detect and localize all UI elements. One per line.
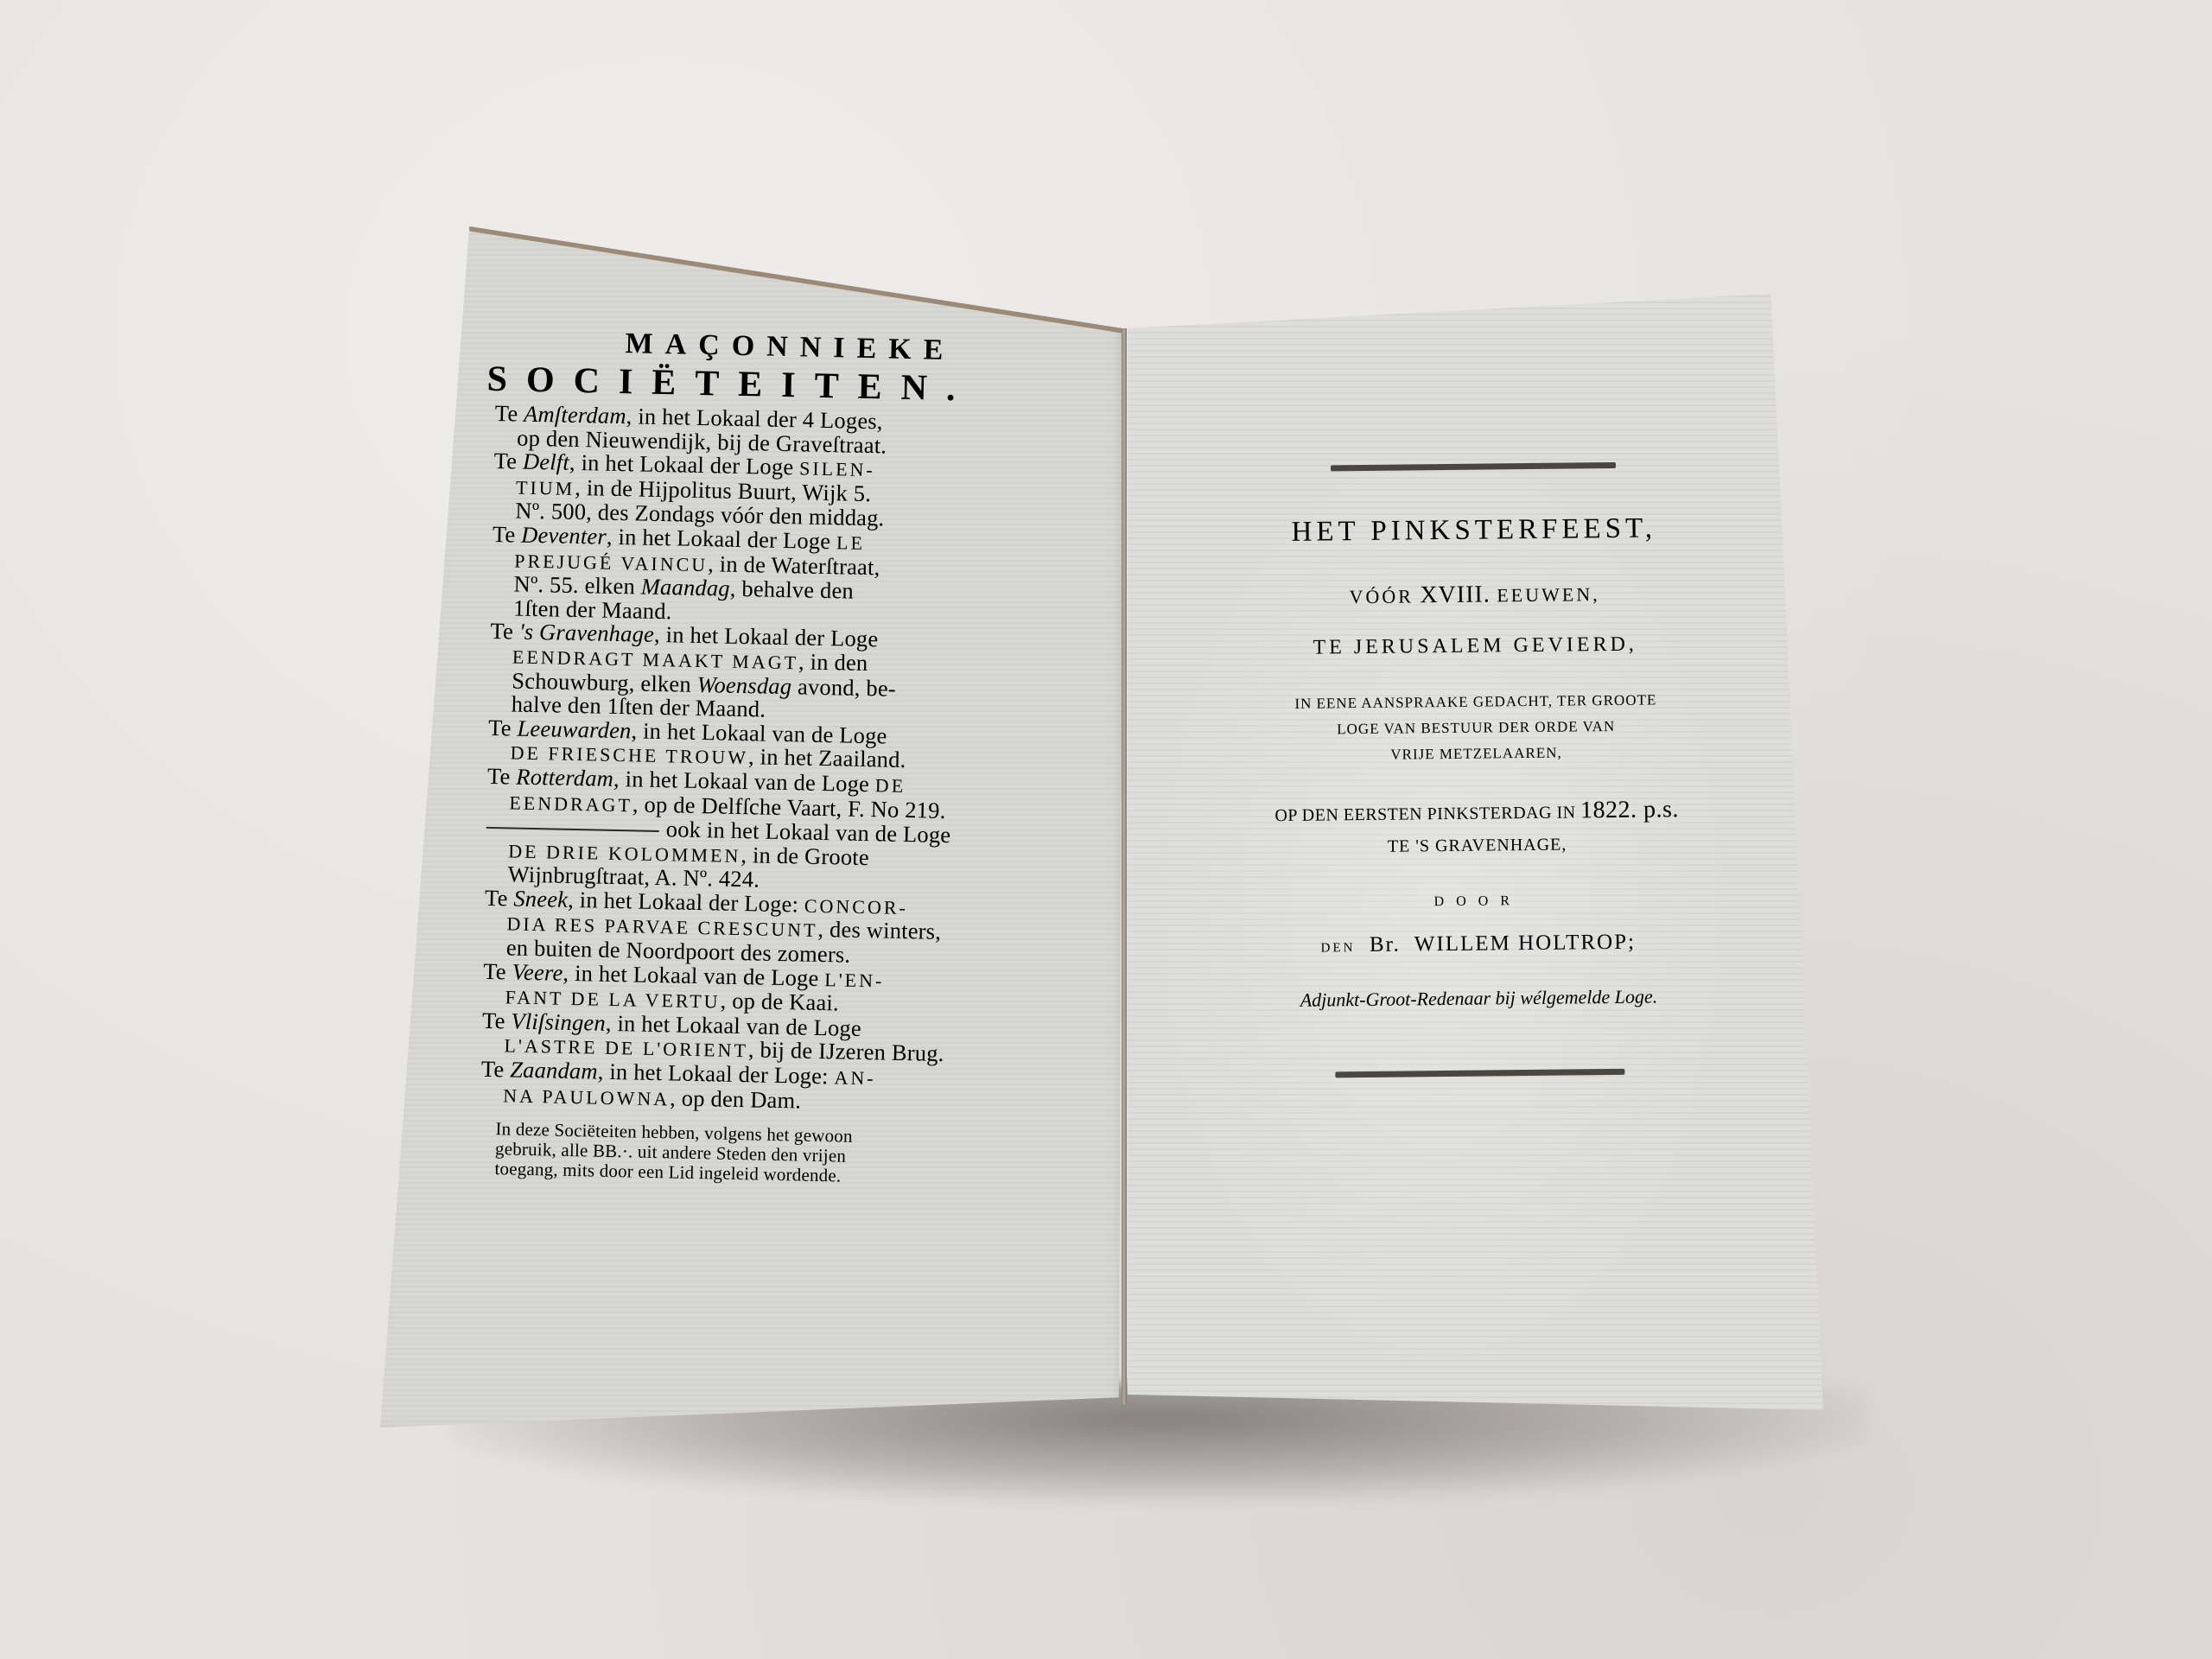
entry-caps: LE <box>836 531 865 554</box>
entry-post: , behalve den <box>729 575 854 604</box>
entry-pre: Te <box>493 521 522 548</box>
lodge-entry: Te Sneek, in het Lokaal der Loge: CONCOR… <box>484 887 1039 971</box>
entry-post: , op den Dam. <box>670 1084 802 1113</box>
place-line: TE 'S GRAVENHAGE, <box>1201 833 1754 859</box>
entry-caps: L'EN- <box>824 969 885 991</box>
entry-caps: TIUM <box>516 476 575 499</box>
entry-pre: Te <box>488 715 518 741</box>
entry-italic: Zaandam <box>510 1057 598 1084</box>
subtitle-numeral: XVIII. <box>1420 581 1491 608</box>
date-prefix: OP DEN EERSTEN PINKSTERDAG IN <box>1274 803 1575 825</box>
entry-italic: Leeuwarden <box>517 715 632 743</box>
entry-post: , in den <box>798 648 868 676</box>
date-line: OP DEN EERSTEN PINKSTERDAG IN 1822. p.s. <box>1200 795 1753 829</box>
title: HET PINKSTERFEEST, <box>1198 512 1751 550</box>
entry-pre: Te <box>490 618 519 645</box>
entry-pre: Te <box>481 1056 511 1083</box>
lodge-entry: Te Deventer, in het Lokaal der Loge LEPR… <box>491 523 1046 632</box>
lodge-entry: Te Zaandam, in het Lokaal der Loge: AN-N… <box>480 1058 1034 1119</box>
by-line: DOOR <box>1201 891 1754 912</box>
entry-post: , des winters, <box>817 916 941 944</box>
lodge-entries: Te Amſterdam, in het Lokaal der 4 Loges,… <box>480 402 1048 1118</box>
entry-caps: DE <box>875 774 906 797</box>
ditto-rule <box>486 827 659 832</box>
entry-pre: Te <box>482 1007 512 1034</box>
entry-pre: Te <box>487 763 517 790</box>
entry-italic: 's Gravenhage <box>519 619 655 647</box>
entry-post: , in de Groote <box>741 842 869 870</box>
author-line: DEN Br. WILLEM HOLTROP; <box>1202 929 1755 959</box>
entry-caps: SILEN- <box>799 458 875 481</box>
entry-caps: EENDRAGT <box>509 791 632 816</box>
lodge-entry: ook in het Lokaal van de LogeDE DRIE KOL… <box>485 814 1039 898</box>
entry-pre: Te <box>483 957 512 984</box>
entry-italic: Delft <box>523 448 570 475</box>
lodge-entry: Te Delft, in het Lokaal der Loge SILEN-T… <box>493 449 1047 534</box>
entry-italic: Deventer <box>521 522 607 550</box>
author-title: Br. <box>1370 933 1401 957</box>
entry-post: , in het Lokaal der Loge <box>607 524 837 555</box>
author-prefix: DEN <box>1321 941 1356 955</box>
entry-caps: CONCOR- <box>804 894 909 918</box>
lodge-entry: Te 's Gravenhage, in het Lokaal der Loge… <box>488 620 1043 728</box>
closing-note: In deze Sociëteiten hebben, volgens het … <box>479 1119 1033 1190</box>
entry-post: , op de Kaai. <box>720 988 839 1016</box>
book-spine <box>1122 328 1127 1404</box>
entry-pre: Te <box>493 448 523 474</box>
subtitle-prefix: VÓÓR <box>1349 585 1414 607</box>
dedication: IN EENE AANSPRAAKE GEDACHT, TER GROOTE L… <box>1199 686 1753 770</box>
subtitle-suffix: EEUWEN, <box>1497 583 1600 606</box>
left-page-text: MAÇONNIEKE SOCIËTEITEN. Te Amſterdam, in… <box>479 324 1050 1190</box>
entry-italic: Rotterdam <box>516 763 613 791</box>
entry-post: avond, be- <box>791 673 896 702</box>
author-role: Adjunkt-Groot-Redenaar bij wélgemelde Lo… <box>1202 984 1755 1013</box>
entry-italic: Vliſsingen <box>511 1007 606 1035</box>
author-name: WILLEM HOLTROP; <box>1414 931 1636 957</box>
subtitle-line1: VÓÓR XVIII. EEUWEN, <box>1198 578 1751 612</box>
date-year: 1822. p.s. <box>1580 796 1679 823</box>
entry-post: , in het Lokaal der Loge: <box>568 887 804 918</box>
right-page-text: HET PINKSTERFEEST, VÓÓR XVIII. EEUWEN, T… <box>1197 461 1756 1079</box>
entry-italic: Sneek <box>513 885 568 912</box>
dedication-line: VRIJE METZELAAREN, <box>1199 738 1752 770</box>
entry-caps: NA PAULOWNA <box>503 1084 670 1109</box>
entry-italic: Veere <box>512 958 563 985</box>
entry-post: , in het Lokaal der Loge: <box>597 1058 834 1090</box>
entry-pre: Te <box>495 400 524 427</box>
entry-caps: AN- <box>834 1066 876 1089</box>
entry-pre: Te <box>485 885 514 912</box>
subtitle-line2: TE JERUSALEM GEVIERD, <box>1198 632 1751 661</box>
